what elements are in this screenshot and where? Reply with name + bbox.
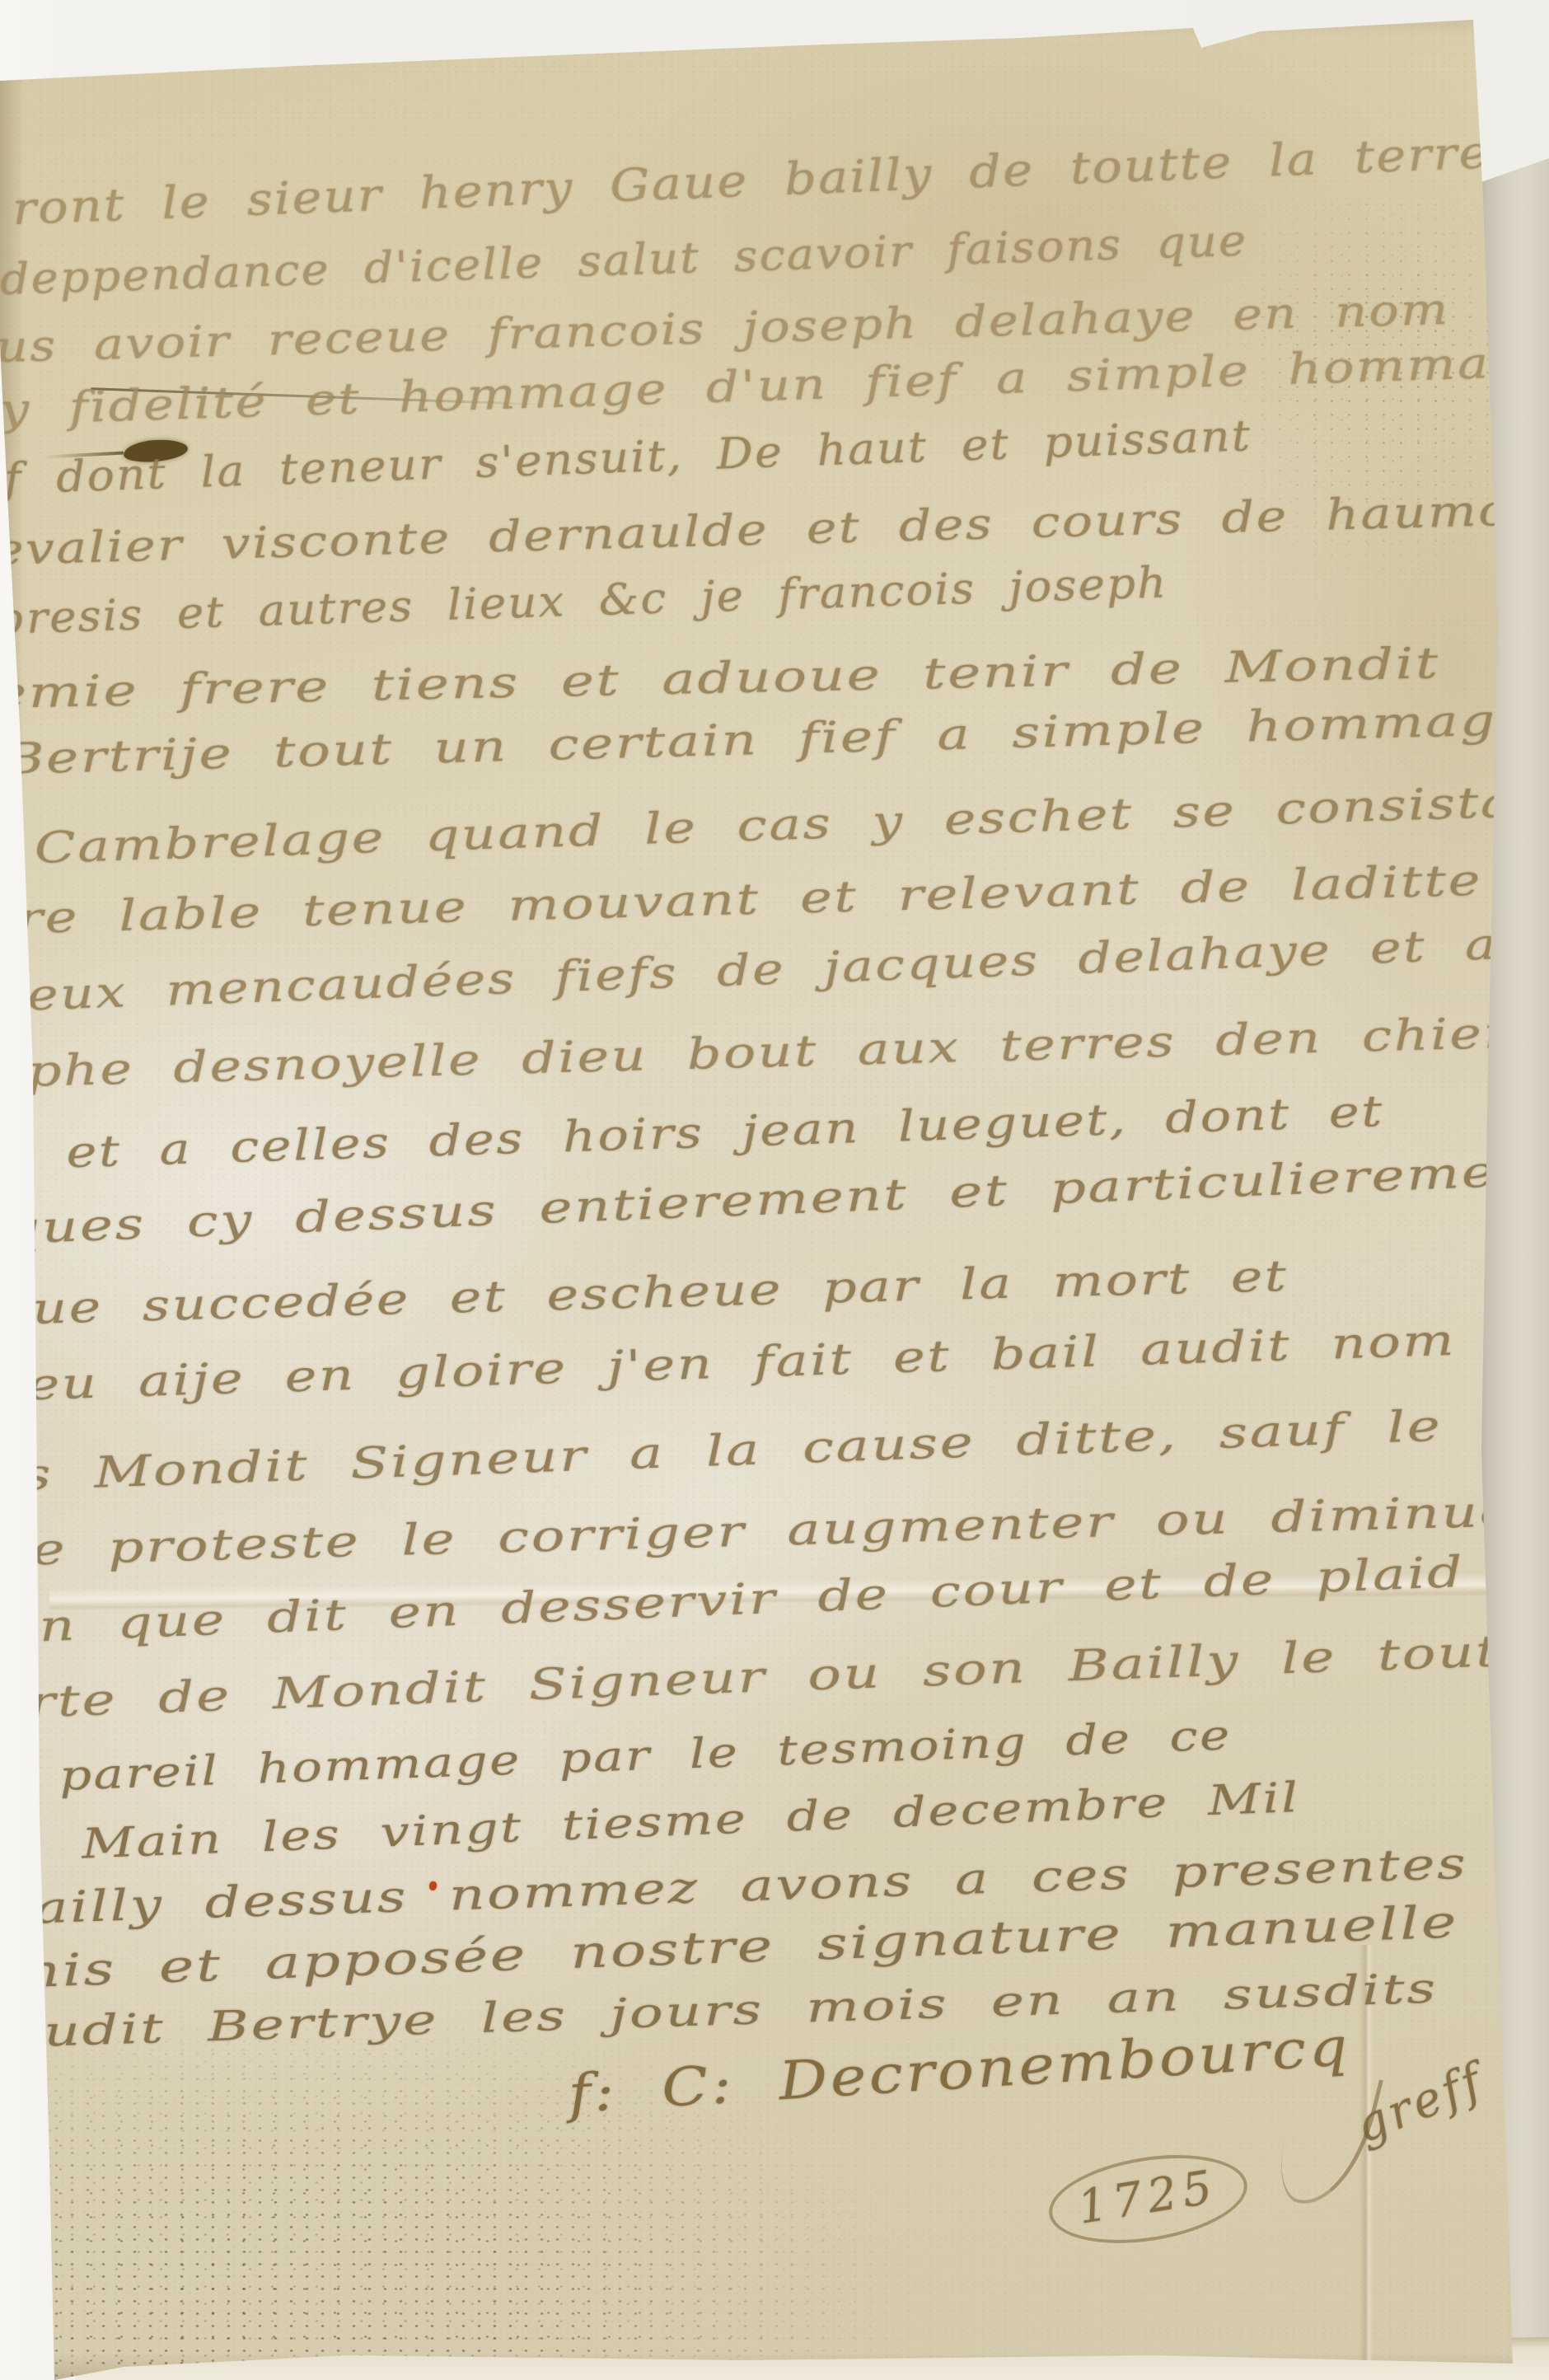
parchment-page: ront le sieur henry Gaue bailly de toutt…: [0, 0, 1549, 2380]
scanned-document-stage: ront le sieur henry Gaue bailly de toutt…: [0, 0, 1549, 2380]
